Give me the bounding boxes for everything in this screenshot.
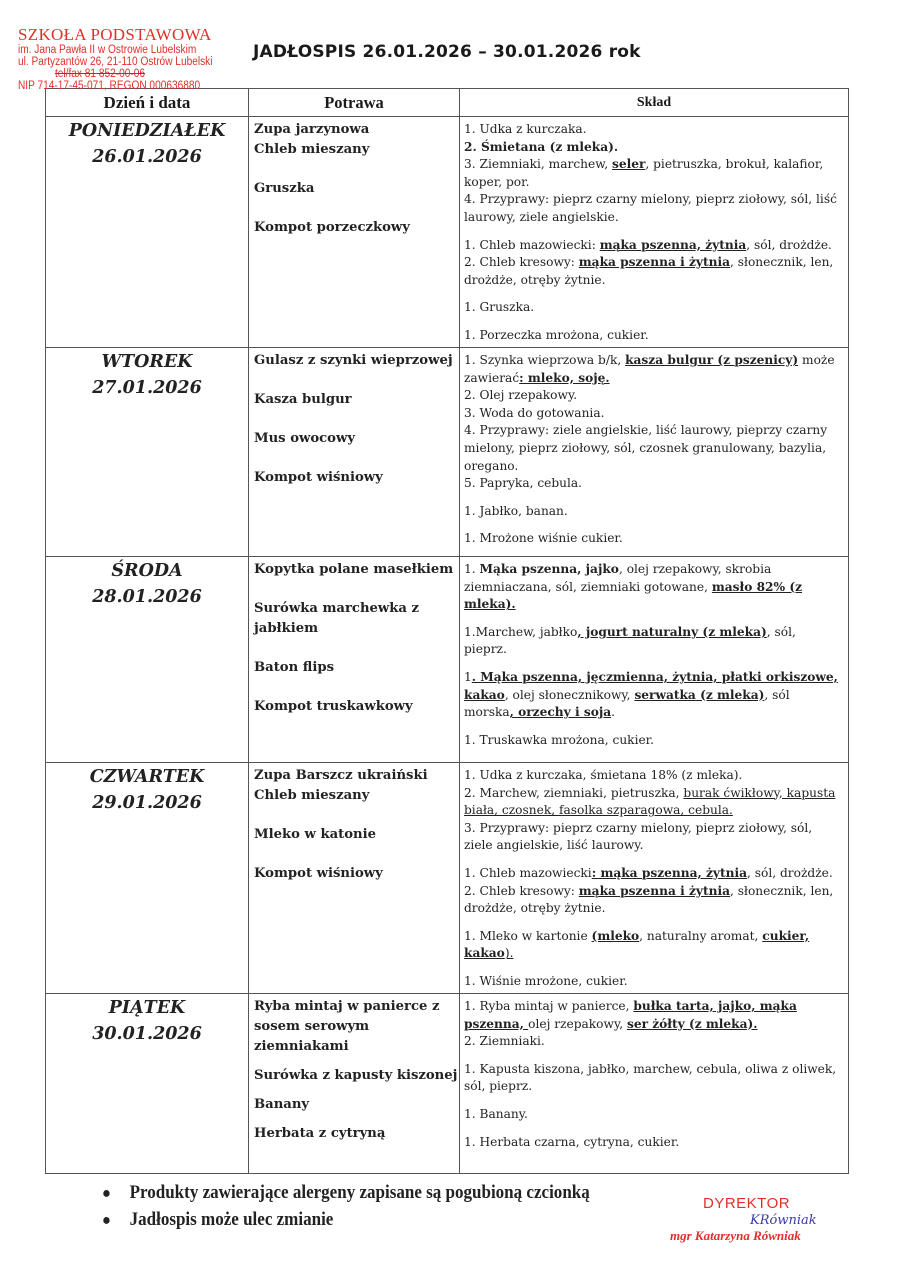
ingredient-line: 1. Jabłko, banan. <box>464 503 842 521</box>
dish: Herbata z cytryną <box>254 1124 459 1144</box>
dish-cell: Gulasz z szynki wieprzowej Kasza bulgur … <box>249 348 460 557</box>
ingredient-line: 1. Banany. <box>464 1106 842 1124</box>
day-date: 27.01.2026 <box>46 375 248 401</box>
ingredient-line: 5. Papryka, cebula. <box>464 475 842 493</box>
ingredient-line: 1. Ryba mintaj w panierce, bułka tarta, … <box>464 998 842 1033</box>
stamp-patron: im. Jana Pawła II w Ostrowie Lubelskim <box>18 44 247 56</box>
ingredients-cell: 1. Udka z kurczaka. 2. Śmietana (z mleka… <box>460 117 849 348</box>
ingredients-cell: 1. Mąka pszenna, jajko, olej rzepakowy, … <box>460 557 849 763</box>
menu-table: Dzień i data Potrawa Skład PONIEDZIAŁEK … <box>45 88 849 1174</box>
ingredient-line: 1. Chleb mazowiecki: mąka pszenna, żytni… <box>464 237 842 255</box>
ingredient-line: 1. Mrożone wiśnie cukier. <box>464 530 842 548</box>
ingredient-group: 1. Chleb mazowiecki: mąka pszenna, żytni… <box>464 865 842 918</box>
stamp-ids: NIP 714-17-45-071, REGON 000636880 <box>18 80 247 92</box>
ingredient-line: 1. Szynka wieprzowa b/k, kasza bulgur (z… <box>464 352 842 387</box>
page-title: JADŁOSPIS 26.01.2026 – 30.01.2026 rok <box>253 42 641 62</box>
day-name: CZWARTEK <box>46 764 248 790</box>
ingredient-allergen: ser żółty (z mleka). <box>627 1017 758 1031</box>
day-date: 28.01.2026 <box>46 584 248 610</box>
note-changes: ●Jadłospis może ulec zmianie <box>102 1207 590 1234</box>
dish: Kompot wiśniowy <box>254 468 459 488</box>
ingredient-group: 1. Ryba mintaj w panierce, bułka tarta, … <box>464 998 842 1051</box>
ingredient-line: 2. Chleb kresowy: mąka pszenna i żytnia,… <box>464 883 842 918</box>
ingredient-line: 2. Ziemniaki. <box>464 1033 842 1051</box>
dish: Zupa Barszcz ukraiński Chleb mieszany <box>254 766 459 806</box>
bullet-icon: ● <box>102 1207 111 1234</box>
header-day: Dzień i data <box>46 89 249 117</box>
table-row-wednesday: ŚRODA 28.01.2026 Kopytka polane masełkie… <box>46 557 849 763</box>
ingredient-line: 2. Marchew, ziemniaki, pietruszka, burak… <box>464 785 842 820</box>
bullet-icon: ● <box>102 1180 111 1207</box>
dish: Surówka z kapusty kiszonej <box>254 1066 459 1086</box>
day-date: 26.01.2026 <box>46 144 248 170</box>
dish: Zupa jarzynowa Chleb mieszany <box>254 120 459 160</box>
stamp-school-name: SZKOŁA PODSTAWOWA <box>18 26 278 44</box>
ingredient-line: 4. Przyprawy: ziele angielskie, liść lau… <box>464 422 842 475</box>
ingredient-line: 1. Mąka pszenna, jęczmienna, żytnia, pła… <box>464 669 842 722</box>
dish: Kompot truskawkowy <box>254 697 459 717</box>
ingredient-allergen: seler <box>612 157 645 171</box>
day-cell: CZWARTEK 29.01.2026 <box>46 763 249 994</box>
ingredients-cell: 1. Udka z kurczaka, śmietana 18% (z mlek… <box>460 763 849 994</box>
dish: Kasza bulgur <box>254 390 459 410</box>
ingredient-group: 1. Chleb mazowiecki: mąka pszenna, żytni… <box>464 237 842 290</box>
ingredients-cell: 1. Szynka wieprzowa b/k, kasza bulgur (z… <box>460 348 849 557</box>
ingredient-line: 3. Woda do gotowania. <box>464 405 842 423</box>
ingredient-group: 1. Udka z kurczaka. 2. Śmietana (z mleka… <box>464 121 842 227</box>
dish: Gulasz z szynki wieprzowej <box>254 351 459 371</box>
ingredient-line: 2. Chleb kresowy: mąka pszenna i żytnia,… <box>464 254 842 289</box>
signature-name: mgr Katarzyna Równiak <box>670 1228 801 1244</box>
ingredient-group: 1. Udka z kurczaka, śmietana 18% (z mlek… <box>464 767 842 855</box>
day-cell: WTOREK 27.01.2026 <box>46 348 249 557</box>
ingredient-line: 2. Olej rzepakowy. <box>464 387 842 405</box>
dish: Gruszka <box>254 179 459 199</box>
day-cell: PIĄTEK 30.01.2026 <box>46 994 249 1174</box>
dish: Kopytka polane masełkiem <box>254 560 459 580</box>
signature-role: DYREKTOR <box>703 1195 790 1212</box>
ingredient-allergen: , orzechy i soja <box>510 705 612 719</box>
dish: Surówka marchewka z jabłkiem <box>254 599 459 639</box>
ingredient-allergen: : mąka pszenna, żytnia <box>592 866 747 880</box>
dish: Kompot porzeczkowy <box>254 218 459 238</box>
stamp-address: ul. Partyzantów 26, 21-110 Ostrów Lubels… <box>18 56 247 68</box>
dish-cell: Ryba mintaj w panierce z sosem serowym z… <box>249 994 460 1174</box>
table-row-monday: PONIEDZIAŁEK 26.01.2026 Zupa jarzynowa C… <box>46 117 849 348</box>
dish-cell: Zupa jarzynowa Chleb mieszany Gruszka Ko… <box>249 117 460 348</box>
ingredient-line: 1. Gruszka. <box>464 299 842 317</box>
ingredient-allergen: , jogurt naturalny (z mleka) <box>577 625 766 639</box>
ingredients-cell: 1. Ryba mintaj w panierce, bułka tarta, … <box>460 994 849 1174</box>
day-name: PIĄTEK <box>46 995 248 1021</box>
dish-cell: Kopytka polane masełkiem Surówka marchew… <box>249 557 460 763</box>
ingredient-line: 1. Truskawka mrożona, cukier. <box>464 732 842 750</box>
table-header-row: Dzień i data Potrawa Skład <box>46 89 849 117</box>
ingredient-line: 1. Herbata czarna, cytryna, cukier. <box>464 1134 842 1152</box>
ingredient-allergen: serwatka (z mleka) <box>634 688 764 702</box>
header-dish: Potrawa <box>249 89 460 117</box>
ingredient-allergen: mąka pszenna i żytnia <box>579 884 730 898</box>
table-row-thursday: CZWARTEK 29.01.2026 Zupa Barszcz ukraińs… <box>46 763 849 994</box>
dish: Banany <box>254 1095 459 1115</box>
dish-cell: Zupa Barszcz ukraiński Chleb mieszany Ml… <box>249 763 460 994</box>
ingredient-allergen: kasza bulgur (z pszenicy) <box>625 353 798 367</box>
ingredient-line: 1. Mleko w kartonie (mleko, naturalny ar… <box>464 928 842 963</box>
dish: Baton flips <box>254 658 459 678</box>
ingredient-allergen: mąka pszenna i żytnia <box>579 255 730 269</box>
ingredient-line: 1. Wiśnie mrożone, cukier. <box>464 973 842 991</box>
ingredient-allergen: Mąka pszenna, jajko <box>480 562 619 576</box>
ingredient-allergen: : mleko, soję. <box>519 371 609 385</box>
day-date: 30.01.2026 <box>46 1021 248 1047</box>
school-stamp: SZKOŁA PODSTAWOWA im. Jana Pawła II w Os… <box>18 26 278 92</box>
ingredient-line: 3. Ziemniaki, marchew, seler, pietruszka… <box>464 156 842 191</box>
ingredient-line: 1. Kapusta kiszona, jabłko, marchew, ceb… <box>464 1061 842 1096</box>
ingredient-line: 1. Udka z kurczaka. <box>464 121 842 139</box>
ingredient-line: 1. Porzeczka mrożona, cukier. <box>464 327 842 345</box>
day-name: PONIEDZIAŁEK <box>46 118 248 144</box>
dish: Mleko w katonie <box>254 825 459 845</box>
ingredient-allergen: mąka pszenna, żytnia <box>600 238 747 252</box>
dish: Kompot wiśniowy <box>254 864 459 884</box>
day-cell: ŚRODA 28.01.2026 <box>46 557 249 763</box>
ingredient-line: 4. Przyprawy: pieprz czarny mielony, pie… <box>464 191 842 226</box>
ingredient-line: 1. Udka z kurczaka, śmietana 18% (z mlek… <box>464 767 842 785</box>
day-date: 29.01.2026 <box>46 790 248 816</box>
dish: Mus owocowy <box>254 429 459 449</box>
header-ingredients: Skład <box>460 89 849 117</box>
note-allergens: ●Produkty zawierające alergeny zapisane … <box>102 1180 590 1207</box>
table-row-tuesday: WTOREK 27.01.2026 Gulasz z szynki wieprz… <box>46 348 849 557</box>
stamp-phone: tel/fax 81 852-00-06 <box>18 68 247 80</box>
footer-notes: ●Produkty zawierające alergeny zapisane … <box>102 1180 632 1234</box>
dish: Ryba mintaj w panierce z sosem serowym z… <box>254 997 459 1057</box>
ingredient-line: 1. Mąka pszenna, jajko, olej rzepakowy, … <box>464 561 842 614</box>
day-name: WTOREK <box>46 349 248 375</box>
ingredient-group: 1. Szynka wieprzowa b/k, kasza bulgur (z… <box>464 352 842 493</box>
ingredient-line: 1. Chleb mazowiecki: mąka pszenna, żytni… <box>464 865 842 883</box>
table-row-friday: PIĄTEK 30.01.2026 Ryba mintaj w panierce… <box>46 994 849 1174</box>
day-name: ŚRODA <box>46 558 248 584</box>
handwritten-signature: KRówniak <box>750 1213 817 1228</box>
day-cell: PONIEDZIAŁEK 26.01.2026 <box>46 117 249 348</box>
ingredient-allergen: (mleko <box>592 929 640 943</box>
ingredient-allergen: 2. Śmietana (z mleka). <box>464 140 618 154</box>
ingredient-line: 1.Marchew, jabłko, jogurt naturalny (z m… <box>464 624 842 659</box>
ingredient-line: 3. Przyprawy: pieprz czarny mielony, pie… <box>464 820 842 855</box>
